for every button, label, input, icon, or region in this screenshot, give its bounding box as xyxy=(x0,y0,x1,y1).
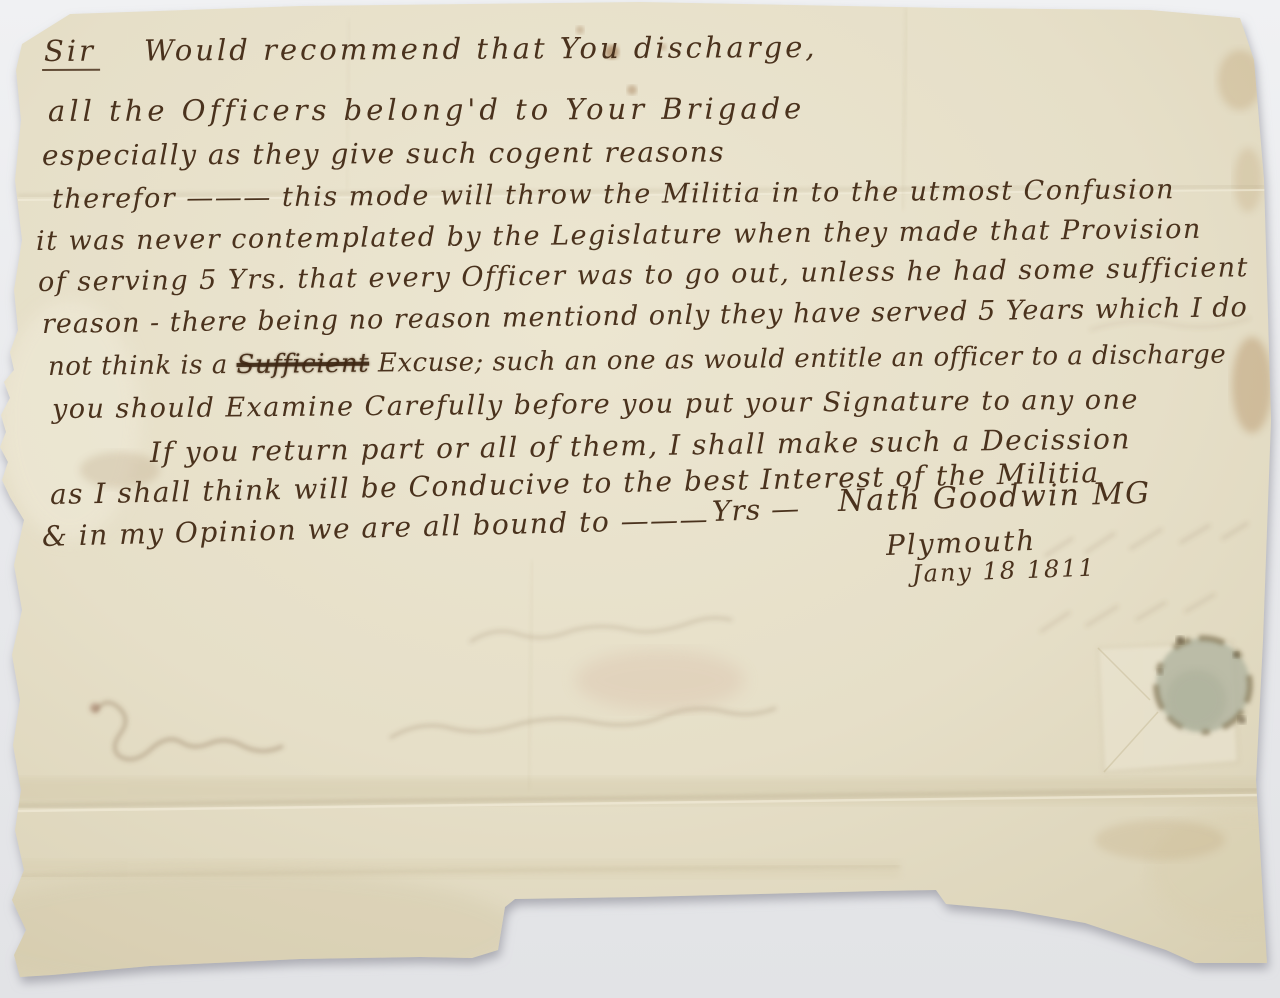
date: Jany 18 1811 xyxy=(912,554,1097,588)
signature: Nath Goodwin MG xyxy=(838,476,1152,519)
line-text: not think is a xyxy=(48,350,237,382)
photo-of-handwritten-letter: SirWould recommend that You discharge, a… xyxy=(0,0,1280,998)
letter-text: SirWould recommend that You discharge, a… xyxy=(0,0,1280,998)
letter-line: SirWould recommend that You discharge, xyxy=(42,30,818,71)
letter-line: it was never contemplated by the Legisla… xyxy=(36,214,1202,257)
letter-line: & in my Opinion we are all bound to ——— xyxy=(42,503,710,553)
closing: Yrs — xyxy=(711,492,800,528)
letter-line: therefor ——— this mode will throw the Mi… xyxy=(52,174,1175,215)
line-text: Excuse; such an one as would entitle an … xyxy=(369,340,1226,379)
letter-line-with-strikeout: not think is a Sufficient Excuse; such a… xyxy=(48,340,1226,382)
letter-line: all the Officers belong'd to Your Brigad… xyxy=(48,91,805,128)
letter-line: of serving 5 Yrs. that every Officer was… xyxy=(38,252,1249,298)
letter-line: especially as they give such cogent reas… xyxy=(42,135,725,172)
letter-line: you should Examine Carefully before you … xyxy=(52,385,1139,425)
letter-line: reason - there being no reason mentiond … xyxy=(42,292,1248,340)
line-text: Would recommend that You discharge, xyxy=(144,30,818,68)
struck-out-word: Sufficient xyxy=(236,349,369,380)
salutation: Sir xyxy=(42,34,100,71)
